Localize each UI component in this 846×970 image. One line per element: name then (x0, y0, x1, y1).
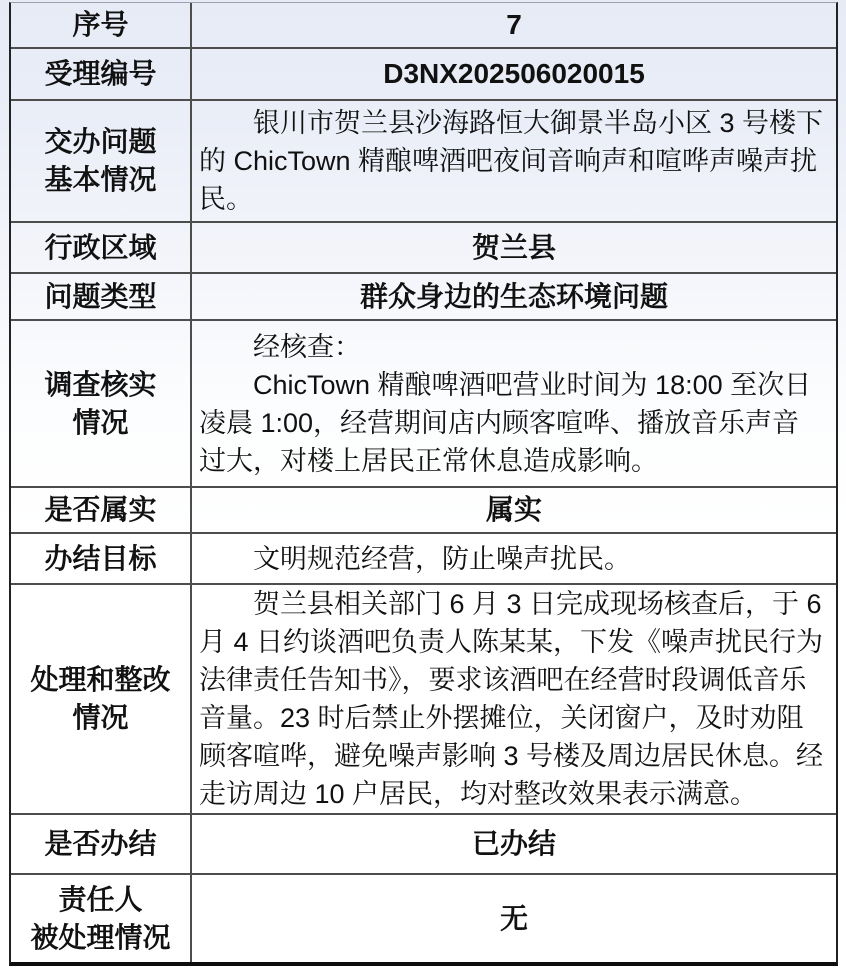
row-value: 7 (192, 3, 836, 47)
row-label: 责任人 被处理情况 (11, 875, 192, 962)
table-row: 受理编号D3NX202506020015 (11, 49, 836, 101)
table-row: 是否办结已办结 (11, 815, 836, 875)
row-label: 序号 (11, 3, 192, 47)
table-row: 问题类型群众身边的生态环境问题 (11, 274, 836, 321)
row-value: 已办结 (192, 815, 836, 873)
row-value: 银川市贺兰县沙海路恒大御景半岛小区 3 号楼下的 ChicTown 精酿啤酒吧夜… (192, 101, 836, 221)
row-label: 行政区域 (11, 223, 192, 272)
row-label: 交办问题 基本情况 (11, 101, 192, 221)
row-value: 文明规范经营，防止噪声扰民。 (192, 534, 836, 583)
row-label: 处理和整改 情况 (11, 585, 192, 813)
row-label: 受理编号 (11, 49, 192, 99)
row-value: 贺兰县相关部门 6 月 3 日完成现场核查后，于 6 月 4 日约谈酒吧负责人陈… (192, 585, 836, 813)
row-value: 贺兰县 (192, 223, 836, 272)
row-value: 群众身边的生态环境问题 (192, 274, 836, 319)
value-paragraph: 文明规范经营，防止噪声扰民。 (199, 540, 826, 578)
row-value: 经核查：ChicTown 精酿啤酒吧营业时间为 18:00 至次日凌晨 1:00… (192, 321, 836, 486)
table-row: 责任人 被处理情况无 (11, 875, 836, 962)
case-record-table: 序号7受理编号D3NX202506020015交办问题 基本情况银川市贺兰县沙海… (9, 2, 838, 966)
table-row: 调查核实 情况经核查：ChicTown 精酿啤酒吧营业时间为 18:00 至次日… (11, 321, 836, 488)
table-row: 是否属实属实 (11, 488, 836, 534)
row-value: 无 (192, 875, 836, 962)
table-row: 处理和整改 情况贺兰县相关部门 6 月 3 日完成现场核查后，于 6 月 4 日… (11, 585, 836, 815)
value-paragraph: 银川市贺兰县沙海路恒大御景半岛小区 3 号楼下的 ChicTown 精酿啤酒吧夜… (199, 104, 826, 218)
row-label: 是否属实 (11, 488, 192, 532)
table-row: 行政区域贺兰县 (11, 223, 836, 274)
row-value: D3NX202506020015 (192, 49, 836, 99)
row-label: 办结目标 (11, 534, 192, 583)
table-row: 交办问题 基本情况银川市贺兰县沙海路恒大御景半岛小区 3 号楼下的 ChicTo… (11, 101, 836, 223)
table-row: 办结目标文明规范经营，防止噪声扰民。 (11, 534, 836, 585)
row-label: 调查核实 情况 (11, 321, 192, 486)
value-paragraph: ChicTown 精酿啤酒吧营业时间为 18:00 至次日凌晨 1:00，经营期… (199, 366, 826, 480)
row-label: 是否办结 (11, 815, 192, 873)
value-paragraph: 经核查： (199, 328, 826, 366)
row-value: 属实 (192, 488, 836, 532)
row-label: 问题类型 (11, 274, 192, 319)
table-row: 序号7 (11, 3, 836, 49)
value-paragraph: 贺兰县相关部门 6 月 3 日完成现场核查后，于 6 月 4 日约谈酒吧负责人陈… (199, 585, 826, 813)
